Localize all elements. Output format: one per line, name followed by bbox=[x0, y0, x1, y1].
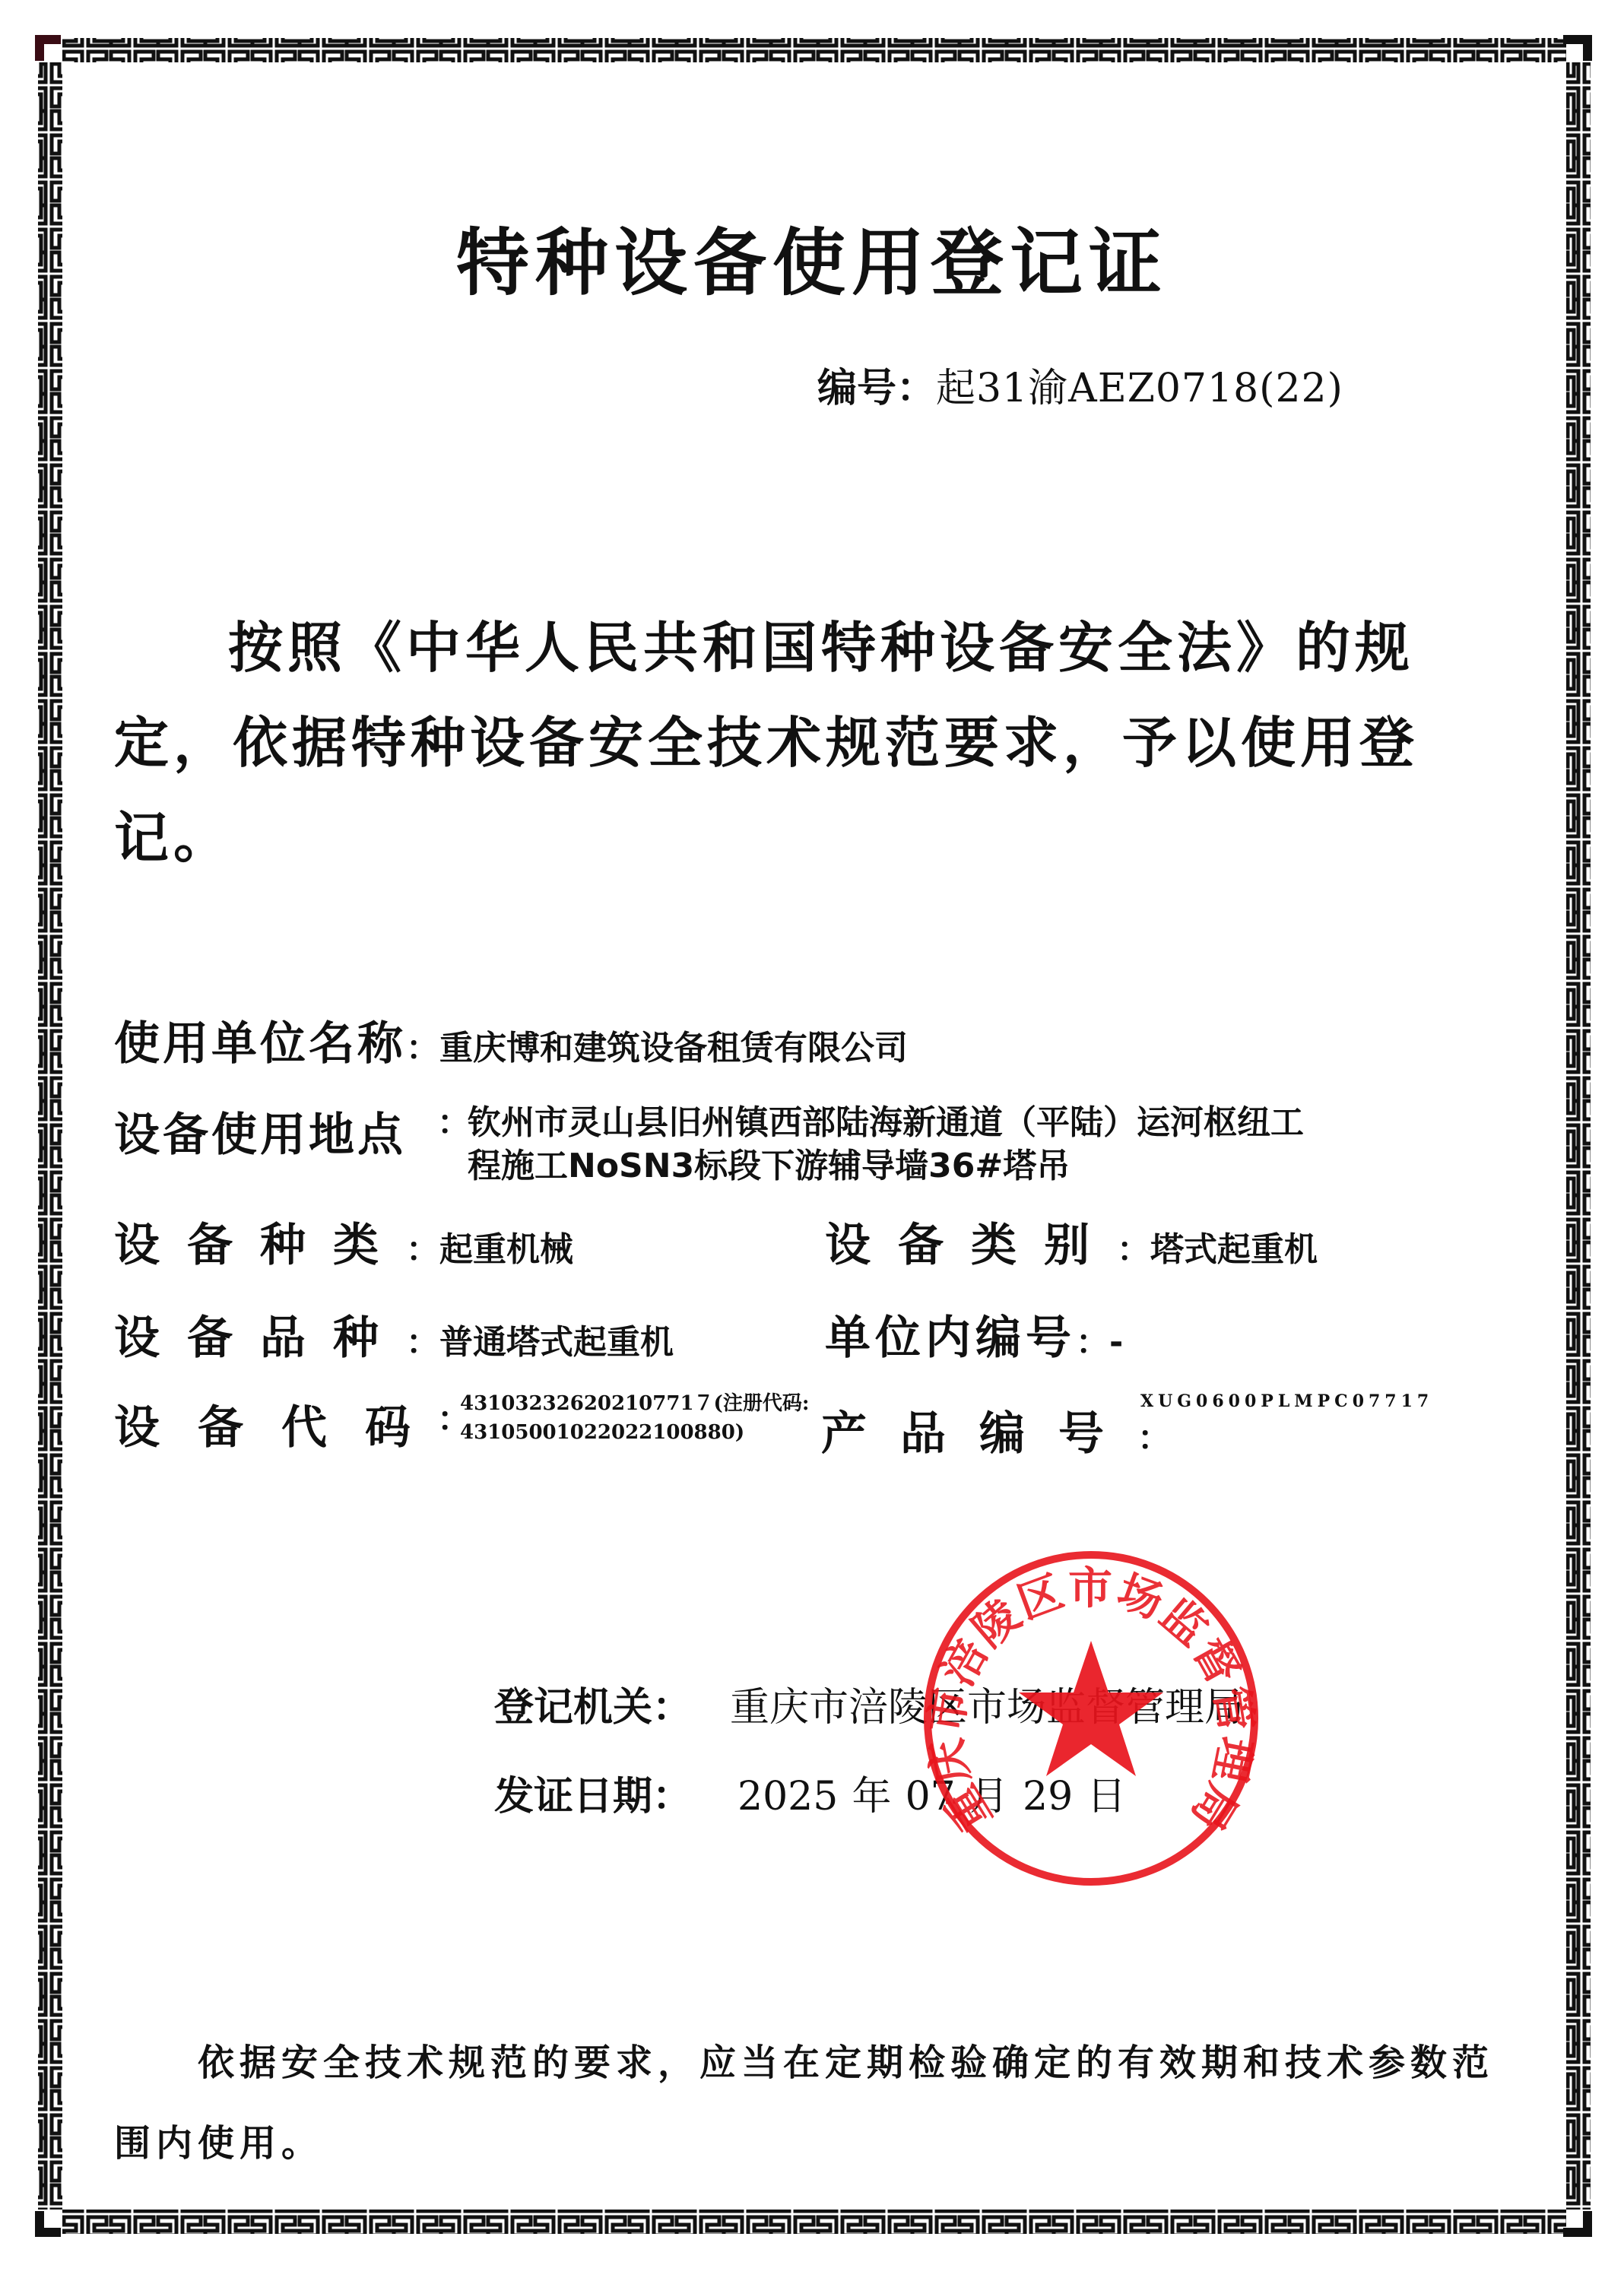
certificate-number-value: 起31渝AEZ0718(22) bbox=[936, 366, 1343, 411]
colon: ： bbox=[1076, 1323, 1109, 1362]
issue-day: 29 bbox=[1023, 1774, 1073, 1819]
field-label: 设备类别 bbox=[825, 1209, 1117, 1274]
equipment-code-line1: 43103232620210771７(注册代码: bbox=[460, 1390, 809, 1417]
field-internal-number: 单位内编号：- bbox=[825, 1302, 1123, 1367]
year-unit: 年 bbox=[852, 1774, 891, 1819]
field-value: 塔式起重机 bbox=[1150, 1230, 1318, 1269]
field-value: 重庆博和建筑设备租赁有限公司 bbox=[439, 1029, 908, 1068]
intro-paragraph: 按照《中华人民共和国特种设备安全法》的规定，依据特种设备安全技术规范要求，予以使… bbox=[114, 601, 1528, 886]
equipment-code-line2: 43105001022022100880) bbox=[460, 1419, 744, 1446]
field-equipment-kind: 设备种类：起重机械 bbox=[114, 1209, 573, 1274]
issue-date-label: 发证日期： bbox=[494, 1774, 692, 1819]
certificate-number: 编号：起31渝AEZ0718(22) bbox=[817, 356, 1343, 413]
field-label: 设备品种 bbox=[114, 1302, 406, 1367]
authority-label: 登记机关： bbox=[494, 1685, 692, 1731]
issue-year: 2025 bbox=[737, 1774, 838, 1819]
field-label: 使用单位名称 bbox=[114, 1007, 406, 1073]
issue-month: 07 bbox=[906, 1774, 956, 1819]
document-title: 特种设备使用登记证 bbox=[0, 205, 1624, 309]
issue-date: 发证日期：2025 年 07 月 29 日 bbox=[494, 1764, 1126, 1821]
field-location: 设备使用地点 bbox=[114, 1099, 406, 1164]
colon: ： bbox=[1137, 1419, 1171, 1458]
field-label: 单位内编号 bbox=[825, 1302, 1076, 1367]
footer-note: 依据安全技术规范的要求，应当在定期检验确定的有效期和技术参数范围内使用。 bbox=[114, 2022, 1528, 2184]
field-value: 普通塔式起重机 bbox=[439, 1323, 674, 1362]
month-unit: 月 bbox=[969, 1774, 1009, 1819]
certificate-number-label: 编号： bbox=[817, 366, 936, 411]
field-user-unit: 使用单位名称：重庆博和建筑设备租赁有限公司 bbox=[114, 1007, 908, 1073]
colon: ： bbox=[437, 1095, 471, 1144]
day-unit: 日 bbox=[1086, 1774, 1126, 1819]
field-label: 设备代码 bbox=[114, 1391, 449, 1457]
field-value: - bbox=[1109, 1323, 1123, 1362]
field-label: 产品编号 bbox=[821, 1397, 1137, 1463]
product-number-value: XUG0600PLMPC07717 bbox=[1140, 1391, 1433, 1411]
registration-authority: 登记机关：重庆市涪陵区市场监督管理局 bbox=[494, 1675, 1244, 1732]
field-label: 设备使用地点 bbox=[114, 1099, 406, 1164]
field-value: 起重机械 bbox=[439, 1230, 573, 1269]
field-product-number: 产品编号： bbox=[821, 1397, 1171, 1463]
colon: ： bbox=[406, 1323, 439, 1362]
field-equipment-variety: 设备品种：普通塔式起重机 bbox=[114, 1302, 674, 1367]
field-value-line1: 钦州市灵山县旧州镇西部陆海新通道（平陆）运河枢纽工 bbox=[468, 1095, 1304, 1144]
field-equipment-category: 设备类别：塔式起重机 bbox=[825, 1209, 1318, 1274]
colon: ： bbox=[406, 1230, 439, 1269]
colon: ： bbox=[406, 1029, 439, 1068]
field-value-line2: 程施工NoSN3标段下游辅导墙36#塔吊 bbox=[468, 1138, 1070, 1187]
field-equipment-code: 设备代码 bbox=[114, 1391, 449, 1457]
authority-value: 重庆市涪陵区市场监督管理局 bbox=[730, 1685, 1244, 1731]
field-label: 设备种类 bbox=[114, 1209, 406, 1274]
colon: ： bbox=[1117, 1230, 1150, 1269]
